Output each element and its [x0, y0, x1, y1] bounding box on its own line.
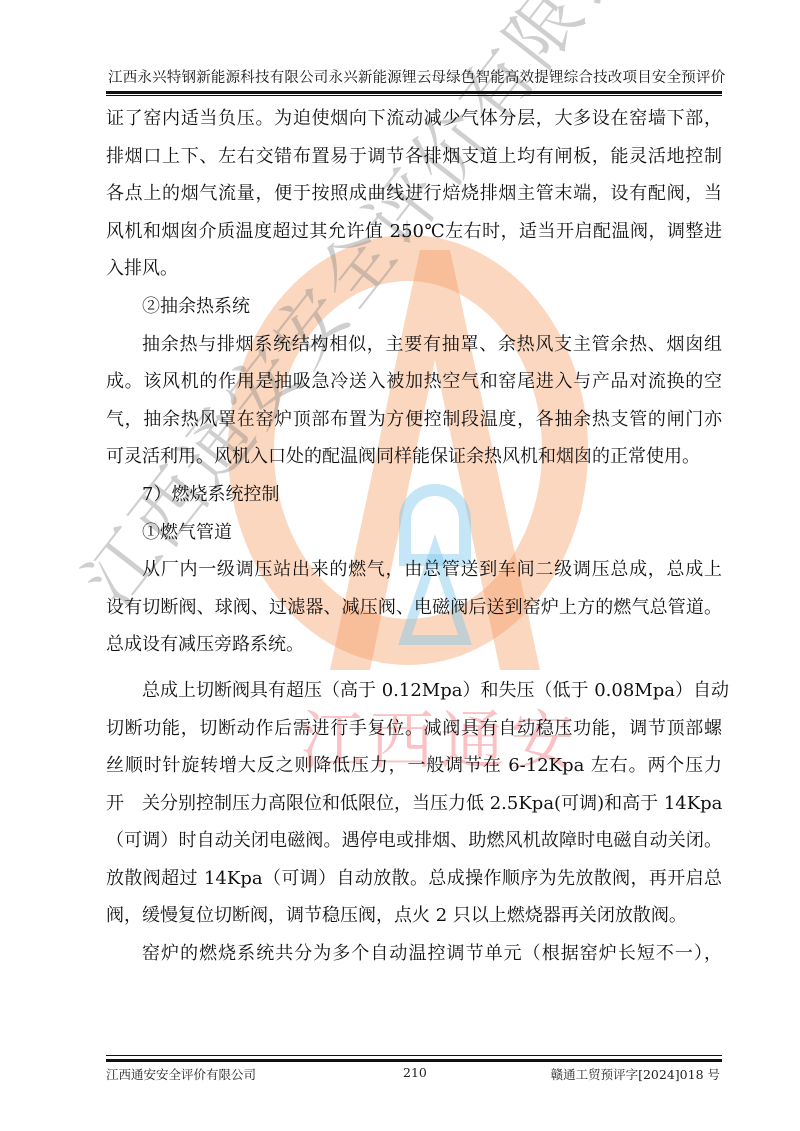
text-line: 成。该风机的作用是抽吸急冷送入被加热空气和窑尾进入与产品对流换的空	[106, 363, 722, 401]
footer-company: 江西通安安全评价有限公司	[106, 1065, 256, 1083]
text-line: 丝顺时针旋转增大反之则降低压力，一般调节在 6-12Kpa 左右。两个压力	[106, 747, 722, 785]
header-rule-thin	[106, 95, 722, 96]
footer-rule-thin	[106, 1055, 722, 1056]
section-heading: ①燃气管道	[106, 514, 722, 552]
text-line: 各点上的烟气流量，便于按照成曲线进行焙烧排烟主管末端，设有配阀，当	[106, 175, 722, 213]
text-line: 抽余热与排烟系统结构相似，主要有抽罩、余热风支主管余热、烟囱组	[106, 326, 722, 364]
body-text: 证了窑内适当负压。为迫使烟向下流动减少气体分层，大多设在窑墙下部， 排烟口上下、…	[106, 100, 722, 973]
text-line: 设有切断阀、球阀、过滤器、减压阀、电磁阀后送到窑炉上方的燃气总管道。	[106, 589, 722, 627]
text-line: 阀，缓慢复位切断阀，调节稳压阀，点火 2 只以上燃烧器再关闭放散阀。	[106, 897, 722, 935]
text-line: 总成设有减压旁路系统。	[106, 626, 722, 664]
text-line: （可调）时自动关闭电磁阀。遇停电或排烟、助燃风机故障时电磁自动关闭。	[106, 822, 722, 860]
text-line: 开 关分别控制压力高限位和低限位，当压力低 2.5Kpa(可调)和高于 14Kp…	[106, 785, 722, 823]
header-rule	[106, 91, 722, 94]
text-line: 气，抽余热风罩在窑炉顶部布置为方便控制段温度，各抽余热支管的闸门亦	[106, 401, 722, 439]
text-line: 放散阀超过 14Kpa（可调）自动放散。总成操作顺序为先放散阀，再开启总	[106, 860, 722, 898]
text-line: 可灵活利用。风机入口处的配温阀同样能保证余热风机和烟囱的正常使用。	[106, 438, 722, 476]
page-header-title: 江西永兴特钢新能源科技有限公司永兴新能源锂云母绿色智能高效提锂综合技改项目安全预…	[108, 66, 720, 87]
text-line: 从厂内一级调压站出来的燃气，由总管送到车间二级调压总成，总成上	[106, 551, 722, 589]
section-heading: 7）燃烧系统控制	[106, 476, 722, 514]
text-line: 风机和烟囱介质温度超过其允许值 250℃左右时，适当开启配温阀，调整进	[106, 213, 722, 251]
text-line: 入排风。	[106, 250, 722, 288]
text-line: 窑炉的燃烧系统共分为多个自动温控调节单元（根据窑炉长短不一），	[106, 935, 722, 973]
footer-rule	[106, 1059, 722, 1062]
text-line: 排烟口上下、左右交错布置易于调节各排烟支道上均有闸板，能灵活地控制	[106, 138, 722, 176]
footer-doc-number: 赣通工贸预评字[2024]018 号	[551, 1065, 720, 1083]
document-page: 江西通安 江西通安安全评价有限公司 江西永兴特钢新能源科技有限公司永兴新能源锂云…	[0, 0, 800, 1131]
page-number: 210	[403, 1065, 427, 1080]
text-line: 证了窑内适当负压。为迫使烟向下流动减少气体分层，大多设在窑墙下部，	[106, 100, 722, 138]
text-line: 总成上切断阀具有超压（高于 0.12Mpa）和失压（低于 0.08Mpa）自动	[106, 672, 722, 710]
section-heading: ②抽余热系统	[106, 288, 722, 326]
text-line: 切断功能，切断动作后需进行手复位。减阀具有自动稳压功能，调节顶部螺	[106, 710, 722, 748]
